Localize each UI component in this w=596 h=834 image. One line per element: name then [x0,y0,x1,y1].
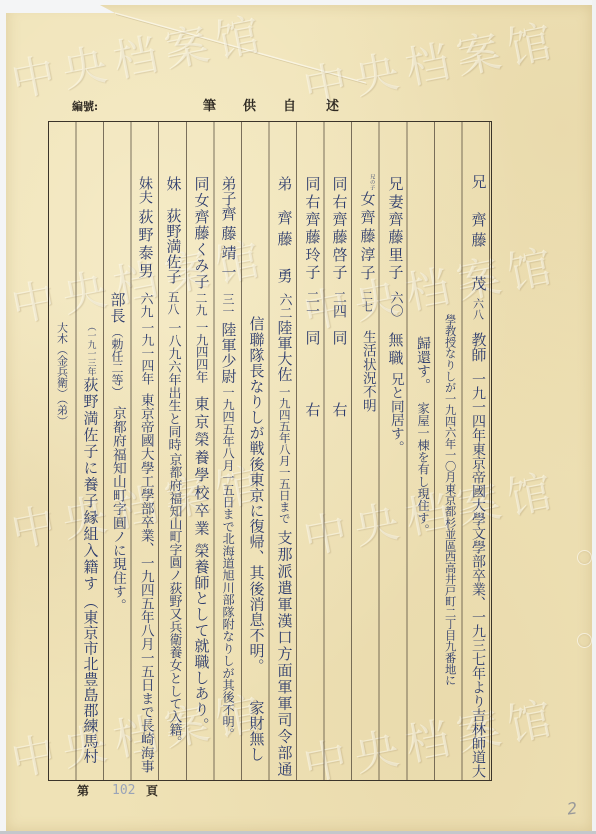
person-status: 兄と同居す。 [388,372,402,454]
person-occupation: 無職 [388,332,403,368]
relation-and-name: 同女齊藤くみ子 [194,176,209,290]
person-history: 歸還す。 [416,336,430,392]
person-name: 荻野満佐子 [166,208,181,284]
person-occupation: 榮養師として就職しあり。 [194,543,209,733]
person-history: （一九一三年 [86,322,95,376]
person-surname: 齊藤 [471,212,486,252]
person-origin: 大木（金兵衛）（弟） [57,322,68,432]
form-title-char: 自 [283,100,296,113]
person-residence: 京都府福知山町字圓ノに現住す。 [110,406,124,612]
person-origin: （東京市北豊島郡練馬村 [83,594,98,764]
person-given-name: 勇 [277,268,292,284]
person-surname: 齊藤 [277,210,292,252]
form-title-char: 筆 [203,100,216,113]
relation-label: 弟 [277,176,292,192]
punch-hole [577,550,592,565]
person-age: 三一 [222,293,234,317]
form-title-char: 供 [243,100,256,113]
person-age: 六〇 [389,291,402,317]
relation-and-name: 兄妻齊藤里子 [388,176,403,282]
person-status: 右 [332,402,347,418]
punch-hole [577,633,592,648]
person-age: 六八 [473,298,484,320]
page-prefix: 第 [77,785,89,797]
person-property: 家財無し [249,700,264,762]
person-history: 京都府福知山町字圓ノ荻野又兵衛養女として入籍。 [167,453,180,749]
person-age: 六二 [278,293,291,319]
person-history: 一九四五年八月一五日まで [278,386,290,524]
person-age: 二九 [195,292,207,316]
relation-correction-note: 兄の子 [368,174,373,190]
document-number-label: 編號: [72,101,98,112]
relation-label: 兄 [471,174,486,190]
relation-label: 弟子 [221,176,236,206]
relation-and-name: 同右齊藤玲子 [305,176,320,282]
scanned-page: 中央档案馆 中央档案馆 中央档案馆 中央档案馆 中央档案馆 中央档案馆 中央档案… [0,0,596,834]
person-age: 五八 [167,291,179,315]
person-history: 支那派遣軍漢口方面軍軍司令部通 [277,530,292,778]
person-history: 東京帝國大學工學部卒業、一九四五年八月一五日まで長崎海事 [138,393,152,773]
person-history: 一八九六年出生と同時 [167,321,180,451]
relation-and-name: 女齊藤淳子 [360,191,375,283]
person-history: 一九四四年 [195,321,207,383]
page-number-stamp: 102 [112,784,135,797]
person-history: 一九一四年東京帝國大學文學部卒業、一九三七年より吉林師道大 [471,372,485,778]
person-given-name: 茂 [471,276,486,292]
person-residence: 家屋一棟を有し現住す。 [417,402,429,536]
person-name: 齊藤靖一 [221,206,236,284]
relation-label: 妹夫 [138,176,152,204]
person-position-grade: （勅任二等） [111,326,123,398]
relation-and-name: 同右齊藤啓子 [332,176,347,282]
person-rank: 陸軍大佐 [277,320,292,382]
person-status: 右 [305,402,320,418]
person-history: 一九四五年八月一五日まで北海道旭川部隊附なりしが其後不明。 [222,386,234,740]
person-status: 生活状況不明 [360,330,374,412]
person-history: 一九一四年 [139,321,152,385]
person-history: 荻野満佐子に養子縁組入籍す [83,377,98,592]
person-age: 二七 [362,290,373,312]
person-age: 六九 [139,292,152,318]
person-occupation: 教師 [471,332,486,362]
form-title-char: 述 [326,100,339,113]
person-history: 信聯隊長なりしが戦後東京に復帰、其後消息不明。 [249,316,264,674]
person-rank: 陸軍少尉 [221,322,236,384]
person-position: 部長 [110,292,125,324]
scan-background [592,0,596,831]
person-status: 同 [305,330,320,346]
person-history: 東京榮養學校卒業 [194,396,209,538]
page-suffix: 頁 [146,785,158,797]
relation-label: 妹 [166,176,181,192]
person-age: 二四 [332,290,346,318]
person-name: 荻野泰男 [138,209,153,281]
person-age: 二一 [305,290,319,318]
person-history: 學教授なりしが一九四六年一〇月東京都杉並區西高井戸町二丁目九番地に [444,314,455,686]
person-status: 同 [332,330,347,346]
